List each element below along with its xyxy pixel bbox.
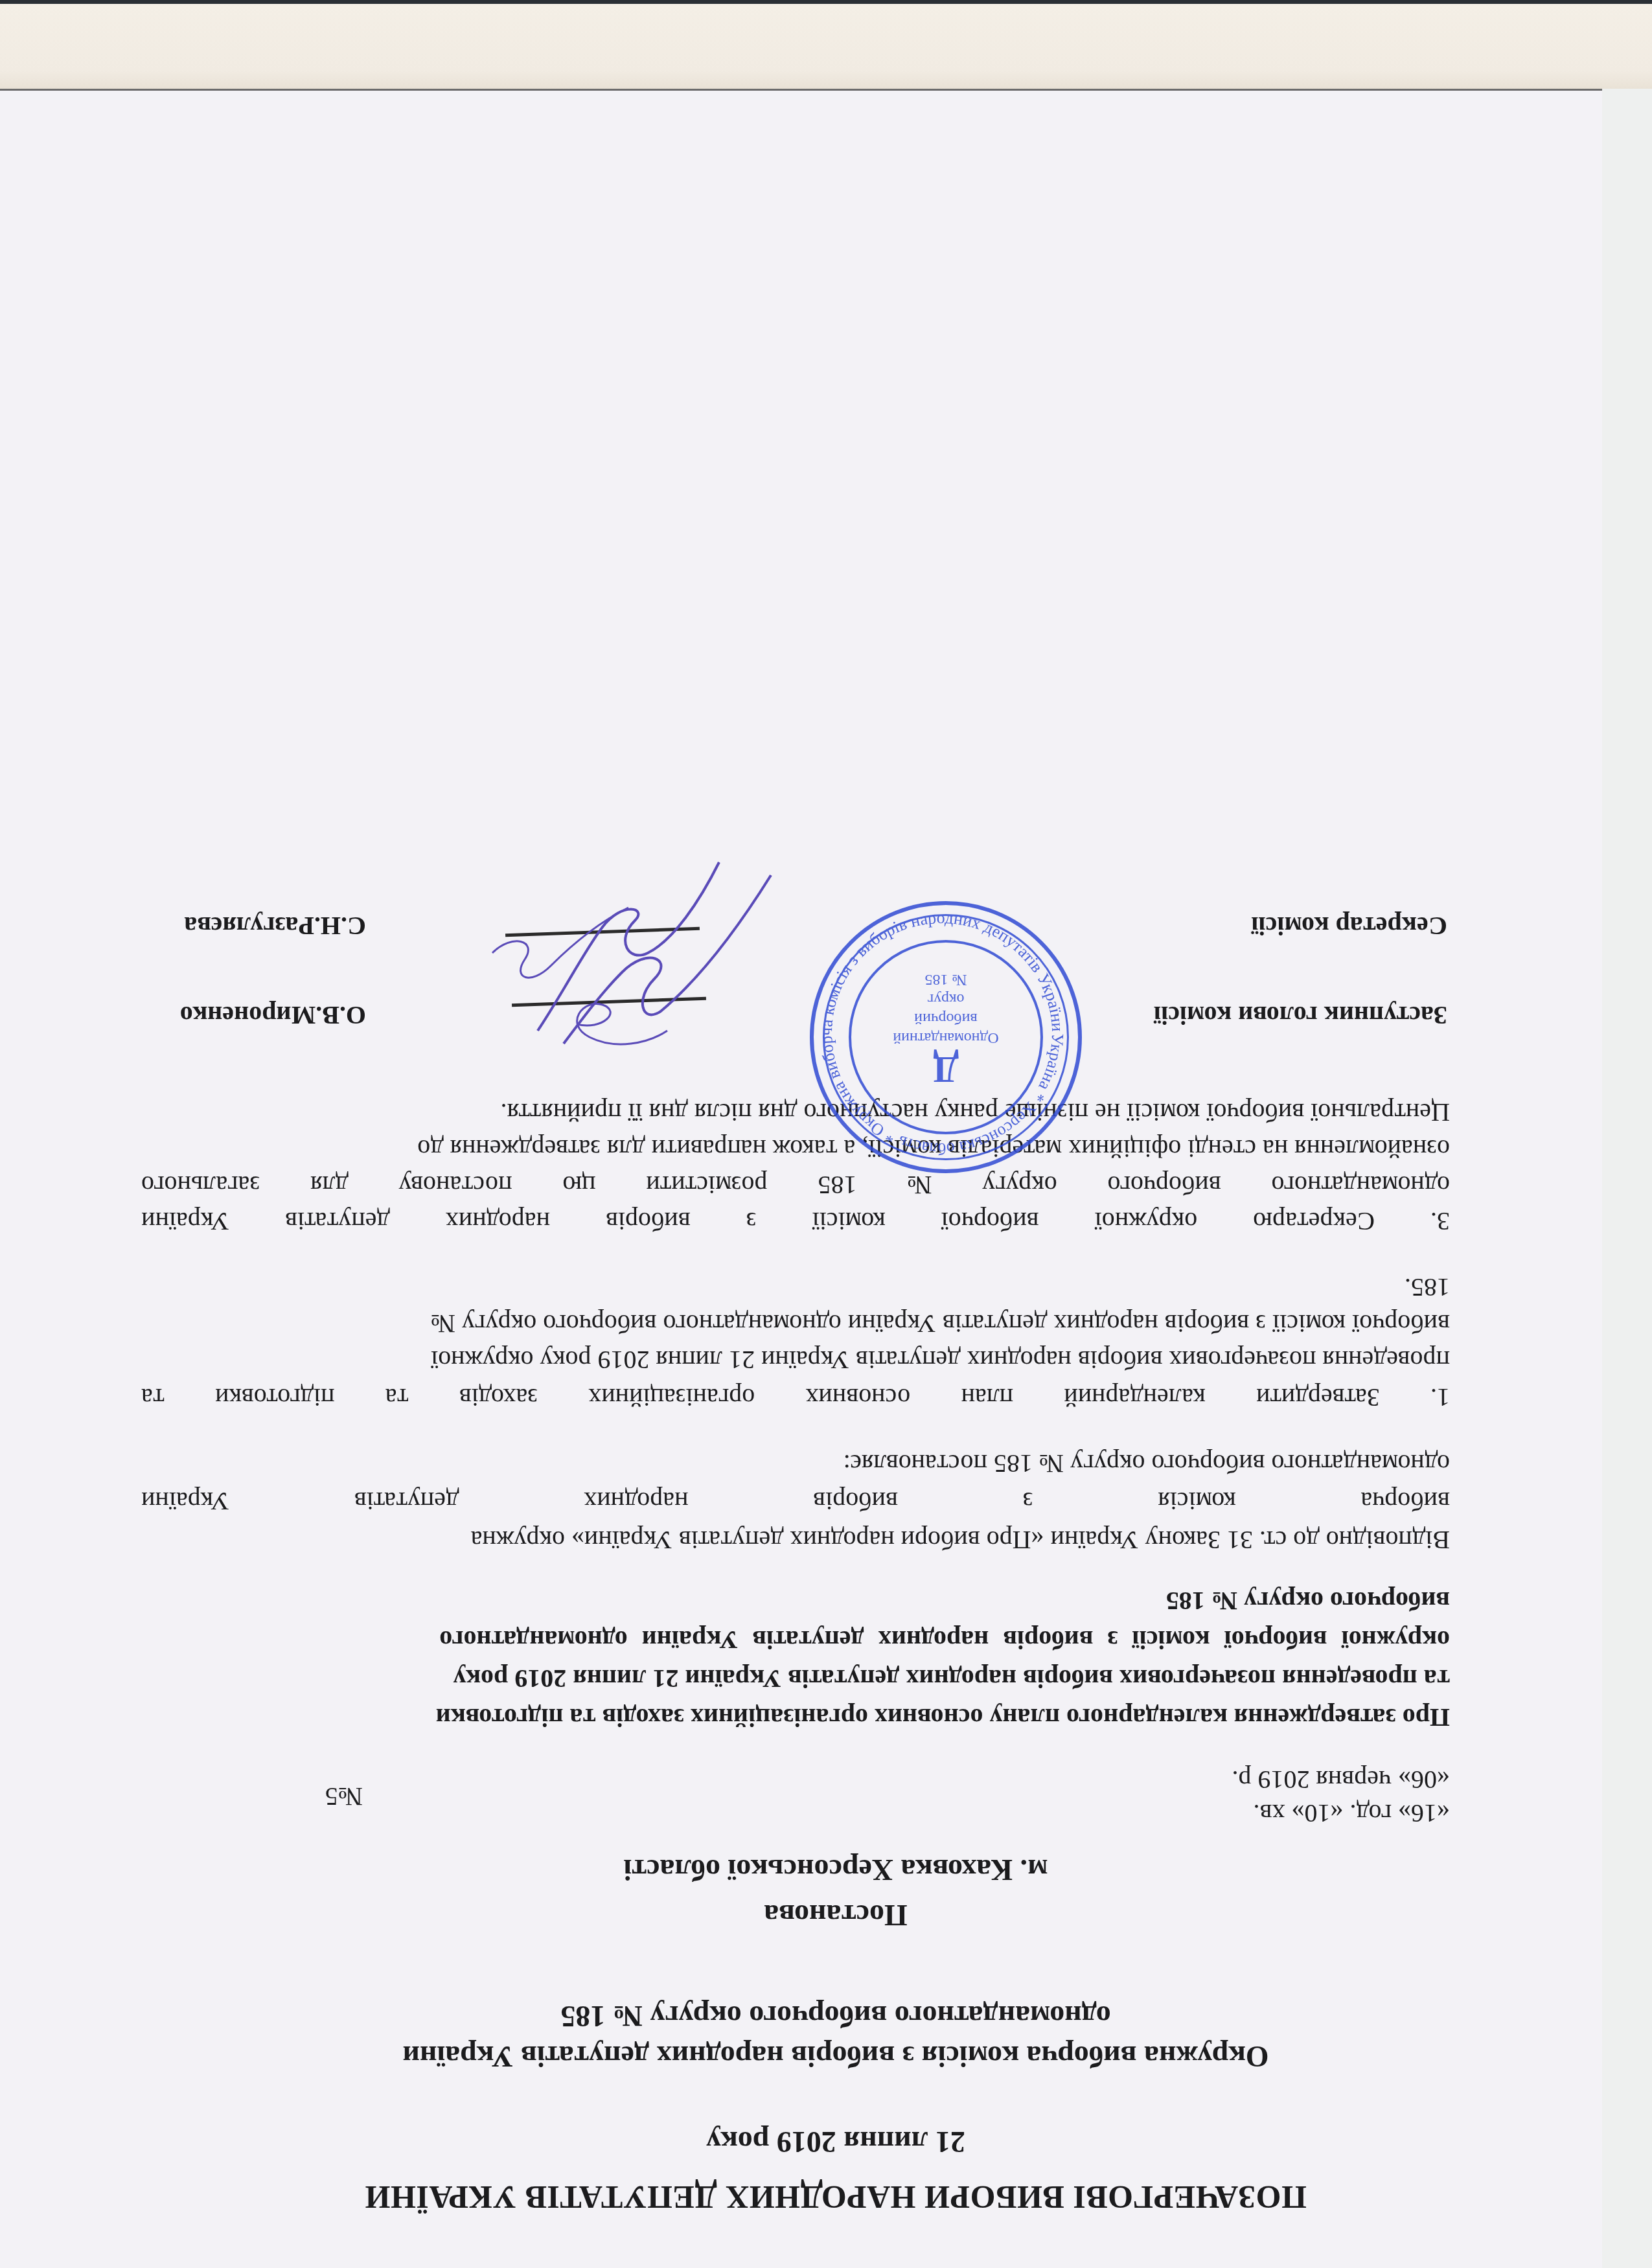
preamble-line-1: Відповідно до ст. 31 Закону України «Про… (141, 1525, 1450, 1555)
subject-line-1: Про затвердження календарного плану осно… (141, 1702, 1450, 1733)
signature-role-secretary: Секретар комісії (1251, 911, 1447, 941)
preamble-line-3: одномандатного виборчого округу № 185 по… (843, 1449, 1450, 1479)
stamp-letter: Д (814, 1048, 1078, 1092)
item1-line-2: проведення позачергових виборів народних… (431, 1345, 1450, 1375)
subject-line-2: та проведення позачергових виборів народ… (141, 1664, 1450, 1694)
commission-name-line1: Окружна виборча комісія з виборів народн… (233, 2039, 1438, 2074)
item1-line-3: виборчої комісії з виборів народних депу… (431, 1309, 1450, 1339)
commission-name-line2: одномандатного виборчого округу № 185 (233, 1999, 1438, 2033)
election-date: 21 липня 2019 року (266, 2125, 1406, 2159)
place: м. Каховка Херсонської області (233, 1853, 1438, 1887)
stamp-center-line-1: Одномандатний (814, 1029, 1078, 1046)
signature-role-deputy-head: Заступник голови комісії (1154, 1000, 1447, 1031)
preamble-line-2: виборча комісія з виборів народних депут… (141, 1486, 1450, 1517)
handwritten-signature-icon (460, 856, 797, 1070)
subject-line-3: окружної виборчої комісії з виборів наро… (141, 1625, 1450, 1655)
item1-line-4: 185. (1405, 1272, 1450, 1303)
subject-line-4: виборчого округу № 185 (1166, 1586, 1450, 1616)
stamp-center-line-2: виборчий (814, 1009, 1078, 1027)
signature-name-deputy-head: О.В.Мироненко (180, 1000, 366, 1031)
session-date: «06» червня 2019 р. (1232, 1765, 1450, 1795)
item1-line-1: 1. Затвердити календарний план основних … (141, 1382, 1450, 1413)
item3-line-1: 3. Секретарю окружної виборчої комісії з… (141, 1206, 1450, 1237)
election-title: ПОЗАЧЕРГОВІ ВИБОРИ НАРОДНИХ ДЕПУТАТІВ УК… (266, 2179, 1406, 2216)
document-type: Постанова (233, 1898, 1438, 1932)
stamp-center-line-3: округ (814, 990, 1078, 1007)
official-stamp: Україна * Херсонська область * Окружна в… (810, 901, 1082, 1173)
session-time: «16» год. «10» хв. (1254, 1798, 1451, 1829)
resolution-number: №5 (325, 1781, 363, 1812)
stamp-center-line-4: № 185 (814, 970, 1078, 988)
signature-name-secretary: С.Н.Разгуляєва (184, 911, 366, 941)
item3-line-2: одномандатного виборчого округу № 185 ро… (141, 1170, 1450, 1200)
document-page: ПОЗАЧЕРГОВІ ВИБОРИ НАРОДНИХ ДЕПУТАТІВ УК… (0, 0, 1652, 2268)
